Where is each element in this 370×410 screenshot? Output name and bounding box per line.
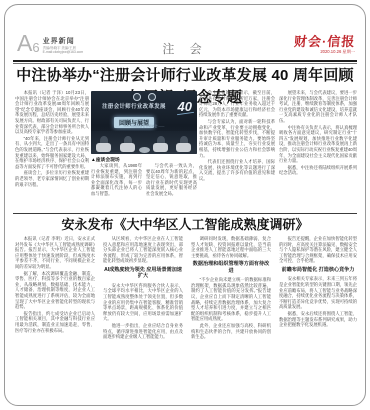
paragraph: 展望未来，与会代表建议，要进一步深化行业管理体制改革，完善注册会计师考试、注册、… [279,90,357,124]
photo-banner-title: 注册会计师行业改革发展 [95,102,173,110]
panel-discussion-photo: 注册会计师行业改革发展 40 回顾与展望 —— 中国注册会计师协会 —— [91,91,197,154]
masthead-logo: 财会·信报 [293,35,355,49]
paragraph: 与会专家认为，面对新一轮科技革命和产业变革，行业要主动拥抱变化，加快数字化、智能… [199,119,275,158]
paragraph: 代表们还围绕行业人才培养、国际化发展、执业环境优化等议题进行了深入交流，提出了许… [199,159,275,181]
paragraph: 与会代表一致认为，要以40周年为新的起点，坚定信心、锐意进取，推动行业在新时代实… [146,163,197,197]
page-header: A 6 业界新闻 责编/杨晓宇 美编/王晨 E-mail:ckxbyjxw@16… [15,32,355,59]
masthead: 财会·信报 2020.10.26 星期一 [294,35,355,55]
article2-column-4: 报告还提醒，企业在加快智能化转型的同时，应高度关注算法偏见、数据安全与个人隐私保… [279,236,357,388]
paragraph: 安永大中华区咨询服务合伙人表示，与全球平均水平相比，大中华区企业的人工智能成熟度… [103,283,183,322]
paragraph: 本报讯（记者 李明）近日，安永正式对外发布《大中华区人工智能成熟度调研》报告。报… [15,236,95,270]
header-rule-thin [13,63,357,64]
sub-headline: AI成熟度较为领先 应用场景需加速扩大 [103,267,183,280]
paragraph: 调研同时发现，数据基础薄弱、复合型人才短缺、投资回报难以量化，是当前企业推进人工… [191,236,271,258]
photo-stage [91,131,197,154]
paragraph: “40年来，注册会计师行业从无到有、从小到大，走出了一条具有中国特色的发展道路。… [15,136,89,170]
article2-column-3: 调研同时发现，数据基础薄弱、复合型人才短缺、投资回报难以量化，是当前企业推进人工… [191,236,271,388]
chair-shape [176,143,191,152]
paragraph: 据悉，安永后续还将围绕人工智能、数据治理等主题发布系列研究成果，助力企业把握数字… [279,311,357,328]
article1-column-4: 展望未来，与会代表建议，要进一步深化行业管理体制改革，完善注册会计师考试、注册、… [279,90,357,210]
header-rule-thick [13,60,357,62]
paragraph: 安永相关专家表示，未来三到五年将是企业智能化转型的关键窗口期，领先企业应前瞻布局… [279,276,357,310]
paragraph: 据悉，中注协还将陆续组织开展系列纪念活动。 [279,165,357,176]
paragraph: 据了解，本次调研覆盖金融、制造、零售、医疗、科技等多个行业的数百家企业，从战略规… [15,271,95,310]
article2-column-1: 本报讯（记者 李明）近日，安永正式对外发布《大中华区人工智能成熟度调研》报告。报… [15,236,95,388]
article2-column-2: 从区域看，大中华区企业在人工智能投入意愿和应用落地速度上表现突出，部分头部企业已… [103,236,183,388]
article-divider-rule [13,213,357,214]
paragraph: 报告还提醒，企业在加快智能化转型的同时，应高度关注算法偏见、数据安全与个人隐私保… [279,236,357,264]
paragraph: 会上发布的资料显示，截至目前，全国共有会计师事务所近万家，注册会计师近28万人，… [199,90,275,118]
photo-caption: ▲座谈会现场 [91,156,120,163]
sub-headline: 前瞻布局智能化 打造核心竞争力 [279,267,357,273]
newspaper-page: A 6 业界新闻 责编/杨晓宇 美编/王晨 E-mail:ckxbyjxw@16… [4,4,366,406]
paragraph: 此外，企业还应加强与高校、科研机构和生态伙伴的合作，共建开放协同的创新生态。 [191,323,271,340]
paragraph: 座谈会上，多位亲历行业恢复重建的老领导、老专家深情回忆了创业初期的艰辛历程。 [15,170,89,187]
article1-column-3: 会上发布的资料显示，截至目前，全国共有会计师事务所近万家，注册会计师近28万人，… [199,90,275,210]
paragraph: “不少企业尚未建立统一的数据标准和治理框架，数据孤岛现象依然比较普遍，制约了人工… [191,277,271,322]
chair-shape [120,143,135,152]
article1-below-photo-col-2: 与会代表一致认为，要以40周年为新的起点，坚定信心、锐意进取，推动行业在新时代实… [146,163,197,211]
paragraph: 本报讯（记者 于泽）10月23日，中国注册会计师协会在北京举办“注册会计师行业改… [15,90,89,135]
paragraph: 中注协有关负责人表示，将认真梳理吸收各方面意见建议，研究制定行业“十四五”发展规… [279,125,357,164]
emblem-icon [133,93,141,101]
chair-shape [96,143,111,152]
photo-banner-org: —— 中国注册会计师协会 —— [91,124,197,128]
sub-headline: 数据治理和组织管理等方面有待改进 [191,261,271,274]
paragraph: 从区域看，大中华区企业在人工智能投入意愿和应用落地速度上表现突出，部分头部企业已… [103,236,183,264]
paragraph: 报告指出，约七成受访企业已启动人工智能相关项目，其中金融与科技行业应用最为活跃，… [15,311,95,333]
emblem-icon [148,93,156,101]
article2-headline: 安永发布《大中华区人工智能成熟度调研》 [11,216,359,233]
chair-shape [153,143,168,152]
table-shape [139,147,150,153]
date-line: 2020.10.26 星期一 [294,49,355,55]
article1-column-1: 本报讯（记者 于泽）10月23日，中国注册会计师协会在北京举办“注册会计师行业改… [15,90,89,210]
paragraph: 大家谈到，从1980年行业恢复重建，到注册会计师法颁布实施，再到行业全面深化改革… [91,163,142,197]
paragraph: 他进一步指出，企业应结合自身业务特点，循序渐进推进智能化应用，由点及面逐步构建企… [103,323,183,340]
article1-below-photo-col-1: 大家谈到，从1980年行业恢复重建，到注册会计师法颁布实施，再到行业全面深化改革… [91,163,142,211]
